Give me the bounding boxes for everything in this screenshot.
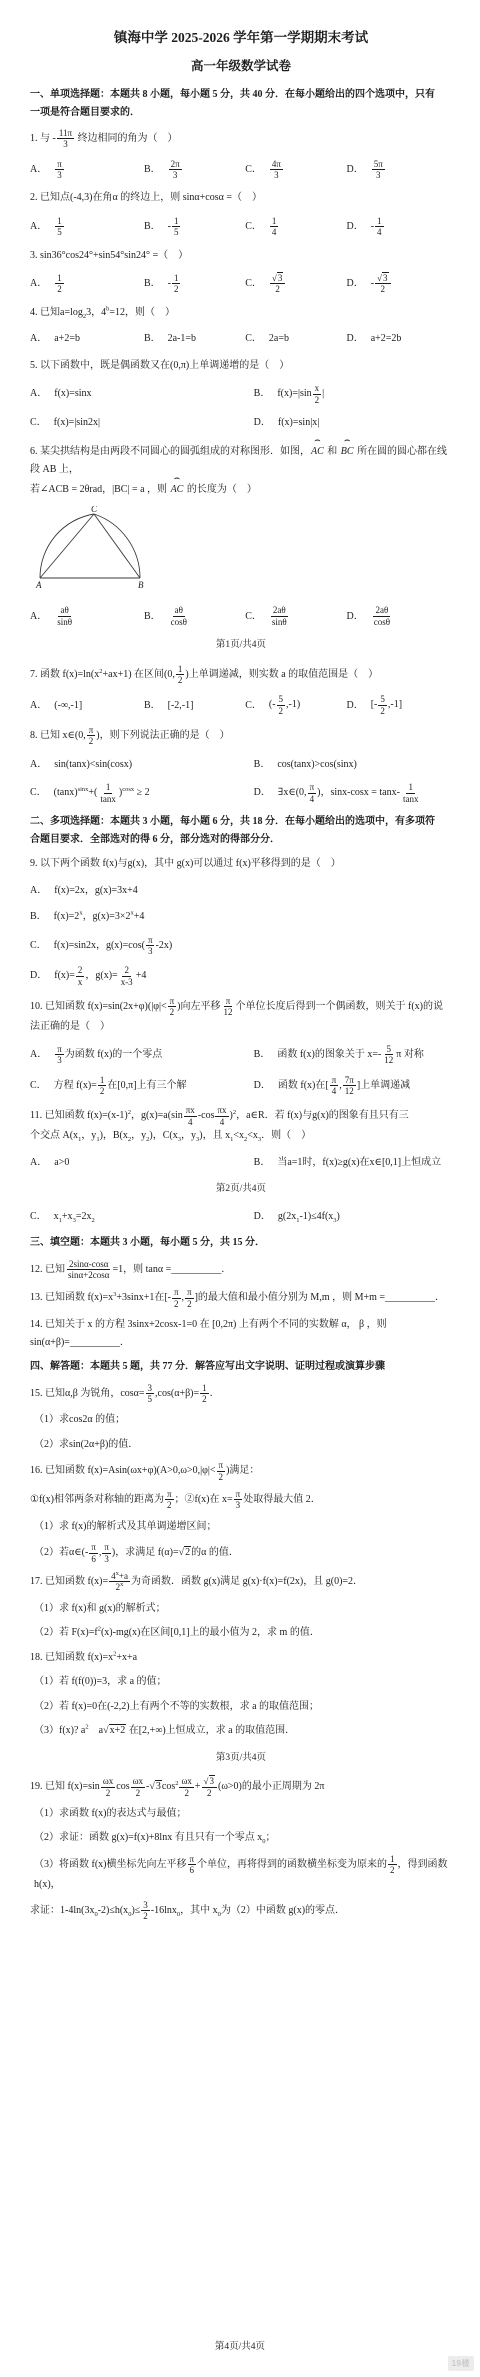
fraction: 12 <box>98 1075 107 1097</box>
question-11-options-cd: C．x1+x3=2x2D．g(2x1-1)≤4f(x3) <box>30 1208 452 1226</box>
question-10-stem-line: 法正确的是（ ） <box>30 1018 452 1036</box>
option-8-D: D．∃x∈(0,π4)，sinx-cosx = tanx-1tanx <box>254 782 452 804</box>
question-19-part-3-cont: 求证：1-4ln(3x0-2)≤h(x0)≤32-16lnx0，其中 x0为（2… <box>30 1900 452 1922</box>
option-10-D: D．函数 f(x)在[π4,7π12]上单调递减 <box>254 1075 452 1097</box>
fraction: 2x-3 <box>119 965 135 987</box>
fraction: aθcosθ <box>169 605 189 627</box>
question-19-stem-line: 19. 已知 f(x)=sinωx2cosωx2-√3cos2ωx2+√32(ω… <box>30 1776 452 1798</box>
option-11-C: C．x1+x3=2x2 <box>30 1208 254 1226</box>
option-9-B: B．f(x)=2x，g(x)=3×2x+4 <box>30 908 452 926</box>
option-5-B: B．f(x)=|sinx2| <box>254 383 452 405</box>
radical: √3 <box>377 272 388 283</box>
option-7-C: C．(-52,-1) <box>245 694 346 716</box>
fraction: x2 <box>313 383 322 405</box>
option-7-D: D．[-52,-1] <box>346 694 452 716</box>
fraction: 12 <box>388 1854 397 1876</box>
question-18-stem-line: 18. 已知函数 f(x)=x2+x+a <box>30 1649 452 1667</box>
question-17-part-1: （1）求 f(x)和 g(x)的解析式； <box>30 1600 452 1618</box>
option-2-D: D．-14 <box>346 216 452 238</box>
question-18-stem: 18. 已知函数 f(x)=x2+x+a <box>30 1649 452 1667</box>
question-6-stem: 6. 某尖拱结构是由两段不同圆心的圆弧组成的对称图形．如图，⌢AC 和 ⌢BC … <box>30 440 452 499</box>
option-5-C: C．f(x)=|sin2x| <box>30 414 254 432</box>
question-18-part-1: （1）若 f(f(0))=3，求 a 的值； <box>30 1673 452 1691</box>
question-19-part-2: （2）求证：函数 g(x)=f(x)+8lnx 有且只有一个零点 x0； <box>30 1829 452 1847</box>
question-6-figure: ABC <box>30 506 452 597</box>
question-6-options: A．aθsinθB．aθcosθC．2aθsinθD．2aθcosθ <box>30 605 452 627</box>
watermark-badge: 19楼 <box>448 2356 474 2371</box>
section-4-header: 四、解答题：本题共 5 题，共 77 分．解答应写出文字说明、证明过程或演算步骤 <box>30 1358 452 1376</box>
question-1-stem: 1. 与 -11π3 终边相同的角为（ ） <box>30 128 452 150</box>
question-17-stem: 17. 已知函数 f(x)=4x+a2x为奇函数．函数 g(x)满足 g(x)·… <box>30 1571 452 1593</box>
option-3-B: B．-12 <box>144 273 245 295</box>
question-2-options: A．15B．-15C．14D．-14 <box>30 216 452 238</box>
question-15-part-1: （1）求cos2α 的值； <box>30 1411 452 1429</box>
question-6-stem-line: 若∠ACB = 2θrad，|BC| = a ，则 ⌢AC 的长度为（ ） <box>30 478 452 499</box>
option-11-B: B．当a=1时，f(x)≥g(x)在x∈[0,1]上恒成立 <box>254 1154 452 1172</box>
fraction: 512 <box>382 1044 395 1066</box>
option-2-B: B．-15 <box>144 216 245 238</box>
fraction: 11π3 <box>57 128 74 150</box>
question-8-stem-line: 8. 已知 x∈(0,π2)，则下列说法正确的是（ ） <box>30 725 452 747</box>
option-4-D: D．a+2=2b <box>346 330 452 348</box>
question-8-options-ab: A．sin(tanx)<sin(cosx)B．cos(tanx)>cos(sin… <box>30 756 452 774</box>
option-2-A: A．15 <box>30 216 144 238</box>
arc-notation: ⌢AC <box>311 440 324 461</box>
fraction: π6 <box>89 1542 98 1564</box>
question-17-stem-line: 17. 已知函数 f(x)=4x+a2x为奇函数．函数 g(x)满足 g(x)·… <box>30 1571 452 1593</box>
fraction: 2π3 <box>169 159 182 181</box>
arc-notation: ⌢BC <box>341 440 354 461</box>
question-5-options-ab: A．f(x)=sinxB．f(x)=|sinx2| <box>30 383 452 405</box>
question-7-stem: 7. 函数 f(x)=ln(x2+ax+1) 在区间(0,12)上单调递减，则实… <box>30 664 452 686</box>
question-15-stem: 15. 已知α,β 为锐角，cosα=35,cos(α+β)=12． <box>30 1383 452 1405</box>
question-3-stem: 3. sin36°cos24°+sin54°sin24° =（ ） <box>30 247 452 265</box>
question-19-part-1: （1）求函数 f(x)的表达式与最值； <box>30 1805 452 1823</box>
fraction: 1tanx <box>401 782 421 804</box>
question-2-stem-line: 2. 已知点(-4,3)在角α 的终边上，则 sinα+cosα =（ ） <box>30 189 452 207</box>
question-8-stem: 8. 已知 x∈(0,π2)，则下列说法正确的是（ ） <box>30 725 452 747</box>
question-2-stem: 2. 已知点(-4,3)在角α 的终边上，则 sinα+cosα =（ ） <box>30 189 452 207</box>
question-16-conditions: ①f(x)相邻两条对称轴的距离为π2；②f(x)在 x=π3处取得最大值 2． <box>30 1489 452 1511</box>
fraction: 7π12 <box>343 1075 356 1097</box>
option-9-A: A．f(x)=2x，g(x)=3x+4 <box>30 882 452 900</box>
figure-label-a: A <box>35 580 42 590</box>
radical: √3 <box>272 272 283 283</box>
fraction: 1tanx <box>98 782 118 804</box>
fraction: 2aθsinθ <box>270 605 289 627</box>
fraction: π3 <box>102 1542 111 1564</box>
section-1-header-line: 一项是符合题目要求的． <box>30 104 452 122</box>
option-7-A: A．(-∞,-1] <box>30 697 144 715</box>
fraction: πx4 <box>184 1105 197 1127</box>
question-9-stem: 9. 以下两个函数 f(x)与g(x)，其中 g(x)可以通过 f(x)平移得到… <box>30 855 452 873</box>
fraction: π2 <box>165 1489 174 1511</box>
figure-label-c: C <box>91 506 98 514</box>
question-14-stem-line: sin(α+β)=__________． <box>30 1334 452 1352</box>
option-1-C: C．4π3 <box>245 159 346 181</box>
question-6-stem-line: 6. 某尖拱结构是由两段不同圆心的圆弧组成的对称图形．如图，⌢AC 和 ⌢BC … <box>30 440 452 478</box>
question-16-part-2: （2）若α∈(-π6,π3)，求满足 f(α)=√2的α 的值． <box>30 1542 452 1564</box>
fraction: 12 <box>172 273 181 295</box>
fraction: π4 <box>308 782 317 804</box>
question-7-stem-line: 7. 函数 f(x)=ln(x2+ax+1) 在区间(0,12)上单调递减，则实… <box>30 664 452 686</box>
option-2-C: C．14 <box>245 216 346 238</box>
page-footer-3: 第3页/共4页 <box>30 1750 452 1767</box>
option-11-D: D．g(2x1-1)≤4f(x3) <box>254 1208 452 1226</box>
question-7-options: A．(-∞,-1]B．[-2,-1]C．(-52,-1)D．[-52,-1] <box>30 694 452 716</box>
section-2-header-line: 二、多项选择题：本题共 3 小题，每小题 6 分，共 18 分．在每小题给出的选… <box>30 813 452 831</box>
fraction: 14 <box>270 216 279 238</box>
fraction: 15 <box>172 216 181 238</box>
exam-subtitle: 高一年级数学试卷 <box>30 56 452 74</box>
fraction: 14 <box>375 216 384 238</box>
fraction: 52 <box>378 694 387 716</box>
fraction: ωx2 <box>101 1776 115 1798</box>
question-14-stem-line: 14. 已知关于 x 的方程 3sinx+2cosx-1=0 在 [0,2π) … <box>30 1316 452 1334</box>
section-3-header: 三、填空题：本题共 3 小题，每小题 5 分，共 15 分． <box>30 1234 452 1252</box>
question-10-stem-line: 10. 已知函数 f(x)=sin(2x+φ)(|φ|<π2)向左平移π12个单… <box>30 996 452 1018</box>
question-19-stem: 19. 已知 f(x)=sinωx2cosωx2-√3cos2ωx2+√32(ω… <box>30 1776 452 1798</box>
option-10-B: B．函数 f(x)的图象关于 x=-512π 对称 <box>254 1044 452 1066</box>
fraction: 52 <box>277 694 286 716</box>
option-8-B: B．cos(tanx)>cos(sinx) <box>254 756 452 774</box>
question-13-stem: 13. 已知函数 f(x)=x3+3sinx+1在[-π2,π2]的最大值和最小… <box>30 1287 452 1309</box>
option-10-C: C．方程 f(x)=12在[0,π]上有三个解 <box>30 1075 254 1097</box>
question-9-stem-line: 9. 以下两个函数 f(x)与g(x)，其中 g(x)可以通过 f(x)平移得到… <box>30 855 452 873</box>
option-9-D: D．f(x)=2x，g(x)=2x-3+4 <box>30 965 452 987</box>
section-1-header-line: 一、单项选择题：本题共 8 小题，每小题 5 分，共 40 分．在每小题给出的四… <box>30 86 452 104</box>
question-15-part-2: （2）求sin(2α+β)的值． <box>30 1436 452 1454</box>
fraction: 15 <box>55 216 64 238</box>
question-9-options: A．f(x)=2x，g(x)=3x+4B．f(x)=2x，g(x)=3×2x+4… <box>30 882 452 987</box>
option-6-D: D．2aθcosθ <box>346 605 452 627</box>
fraction: 2aθcosθ <box>372 605 392 627</box>
fraction: 12 <box>200 1383 209 1405</box>
fraction: π2 <box>172 1287 181 1309</box>
question-5-stem-line: 5. 以下函数中，既是偶函数又在(0,π)上单调递增的是（ ） <box>30 357 452 375</box>
radical: √x+2 <box>103 1724 126 1736</box>
fraction: 2sinα-cosαsinα+2cosα <box>66 1259 112 1281</box>
fraction: π3 <box>55 159 64 181</box>
exam-title: 镇海中学 2025-2026 学年第一学期期末考试 <box>30 26 452 46</box>
section-4-header-line: 四、解答题：本题共 5 题，共 77 分．解答应写出文字说明、证明过程或演算步骤 <box>30 1358 452 1376</box>
fraction: √32 <box>375 273 390 295</box>
question-10-stem: 10. 已知函数 f(x)=sin(2x+φ)(|φ|<π2)向左平移π12个单… <box>30 996 452 1035</box>
arc-notation: ⌢AC <box>171 478 184 499</box>
option-10-A: A．π3为函数 f(x)的一个零点 <box>30 1044 254 1066</box>
figure-label-b: B <box>138 580 144 590</box>
question-4-stem-line: 4. 已知a=log23，4b=12，则（ ） <box>30 304 452 322</box>
option-11-A: A．a>0 <box>30 1154 254 1172</box>
fraction: πx4 <box>215 1105 228 1127</box>
option-4-C: C．2a=b <box>245 330 346 348</box>
question-19-part-3: （3）将函数 f(x)横坐标先向左平移π6个单位，再将得到的函数横坐标变为原来的… <box>30 1854 452 1893</box>
fraction: √32 <box>202 1776 217 1798</box>
option-1-A: A．π3 <box>30 159 144 181</box>
fraction: π6 <box>188 1854 197 1876</box>
page-footer-4: 第4页/共4页 <box>0 2338 480 2352</box>
question-3-options: A．12B．-12C．√32D．-√32 <box>30 273 452 295</box>
option-6-A: A．aθsinθ <box>30 605 144 627</box>
option-8-C: C．(tanx)sinx+(1tanx)cosx ≥ 2 <box>30 782 254 804</box>
fraction: ωx2 <box>131 1776 145 1798</box>
option-7-B: B．[-2,-1] <box>144 697 245 715</box>
fraction: π12 <box>222 996 235 1018</box>
option-6-C: C．2aθsinθ <box>245 605 346 627</box>
question-5-options-cd: C．f(x)=|sin2x|D．f(x)=sin|x| <box>30 414 452 432</box>
option-9-C: C．f(x)=sin2x，g(x)=cos(π3-2x) <box>30 935 452 957</box>
fraction: π2 <box>168 996 177 1018</box>
fraction: π3 <box>55 1044 64 1066</box>
option-3-D: D．-√32 <box>346 273 452 295</box>
question-14-stem: 14. 已知关于 x 的方程 3sinx+2cosx-1=0 在 [0,2π) … <box>30 1316 452 1351</box>
fraction: π2 <box>217 1460 226 1482</box>
section-1-header: 一、单项选择题：本题共 8 小题，每小题 5 分，共 40 分．在每小题给出的四… <box>30 86 452 121</box>
question-16-part-1: （1）求 f(x)的解析式及其单调递增区间； <box>30 1518 452 1536</box>
question-1-options: A．π3B．2π3C．4π3D．5π3 <box>30 159 452 181</box>
option-6-B: B．aθcosθ <box>144 605 245 627</box>
question-10-options-ab: A．π3为函数 f(x)的一个零点B．函数 f(x)的图象关于 x=-512π … <box>30 1044 452 1066</box>
question-4-stem: 4. 已知a=log23，4b=12，则（ ） <box>30 304 452 322</box>
page-footer-2: 第2页/共4页 <box>30 1181 452 1198</box>
question-16-stem: 16. 已知函数 f(x)=Asin(ωx+φ)(A>0,ω>0,|φ|<π2)… <box>30 1460 452 1482</box>
question-12-stem-line: 12. 已知2sinα-cosαsinα+2cosα=1，则 tanα =___… <box>30 1259 452 1281</box>
exam-page: 镇海中学 2025-2026 学年第一学期期末考试 高一年级数学试卷 一、单项选… <box>0 0 480 2377</box>
question-8-options-cd: C．(tanx)sinx+(1tanx)cosx ≥ 2D．∃x∈(0,π4)，… <box>30 782 452 804</box>
radical: √2 <box>179 1546 192 1558</box>
option-3-C: C．√32 <box>245 273 346 295</box>
question-3-stem-line: 3. sin36°cos24°+sin54°sin24° =（ ） <box>30 247 452 265</box>
page-footer-1: 第1页/共4页 <box>30 637 452 654</box>
option-4-B: B．2a-1=b <box>144 330 245 348</box>
fraction: 32 <box>141 1900 150 1922</box>
question-11-stem-line: 11. 已知函数 f(x)=(x-1)2，g(x)=a(sinπx4-cosπx… <box>30 1105 452 1127</box>
option-1-D: D．5π3 <box>346 159 452 181</box>
question-4-options: A．a+2=bB．2a-1=bC．2a=bD．a+2=2b <box>30 330 452 348</box>
exam-body: 一、单项选择题：本题共 8 小题，每小题 5 分，共 40 分．在每小题给出的四… <box>30 86 452 1922</box>
radical: √3 <box>149 1780 162 1792</box>
fraction: 35 <box>146 1383 155 1405</box>
option-1-B: B．2π3 <box>144 159 245 181</box>
radical: √3 <box>204 1775 215 1786</box>
question-1-stem-line: 1. 与 -11π3 终边相同的角为（ ） <box>30 128 452 150</box>
question-12-stem: 12. 已知2sinα-cosαsinα+2cosα=1，则 tanα =___… <box>30 1259 452 1281</box>
fraction: 5π3 <box>372 159 385 181</box>
option-4-A: A．a+2=b <box>30 330 144 348</box>
fraction: 2x <box>76 965 85 987</box>
fraction: 12 <box>55 273 64 295</box>
question-13-stem-line: 13. 已知函数 f(x)=x3+3sinx+1在[-π2,π2]的最大值和最小… <box>30 1287 452 1309</box>
arch-diagram: ABC <box>30 506 150 590</box>
question-16-stem-line: 16. 已知函数 f(x)=Asin(ωx+φ)(A>0,ω>0,|φ|<π2)… <box>30 1460 452 1482</box>
option-3-A: A．12 <box>30 273 144 295</box>
fraction: π2 <box>87 725 96 747</box>
fraction: √32 <box>270 273 285 295</box>
fraction: aθsinθ <box>55 605 74 627</box>
question-11-stem: 11. 已知函数 f(x)=(x-1)2，g(x)=a(sinπx4-cosπx… <box>30 1105 452 1144</box>
fraction: 12 <box>176 664 185 686</box>
option-5-D: D．f(x)=sin|x| <box>254 414 452 432</box>
question-15-stem-line: 15. 已知α,β 为锐角，cosα=35,cos(α+β)=12． <box>30 1383 452 1405</box>
section-3-header-line: 三、填空题：本题共 3 小题，每小题 5 分，共 15 分． <box>30 1234 452 1252</box>
question-11-options-ab: A．a>0B．当a=1时，f(x)≥g(x)在x∈[0,1]上恒成立 <box>30 1154 452 1172</box>
fraction: π3 <box>146 935 155 957</box>
fraction: 4π3 <box>270 159 283 181</box>
fraction: 4x+a2x <box>109 1571 130 1593</box>
question-18-part-2: （2）若 f(x)=0在(-2,2)上有两个不等的实数根，求 a 的取值范围； <box>30 1698 452 1716</box>
fraction: π4 <box>330 1075 339 1097</box>
section-2-header: 二、多项选择题：本题共 3 小题，每小题 6 分，共 18 分．在每小题给出的选… <box>30 813 452 848</box>
fraction: ωx2 <box>179 1776 193 1798</box>
option-5-A: A．f(x)=sinx <box>30 385 254 403</box>
question-17-part-2: （2）若 F(x)=f2(x)-mg(x)在区间[0,1]上的最小值为 2，求 … <box>30 1624 452 1642</box>
option-8-A: A．sin(tanx)<sin(cosx) <box>30 756 254 774</box>
fraction: π3 <box>234 1489 243 1511</box>
question-18-part-3: （3）f(x)? a2 a√x+2 在[2,+∞)上恒成立，求 a 的取值范围． <box>30 1722 452 1740</box>
question-10-options-cd: C．方程 f(x)=12在[0,π]上有三个解D．函数 f(x)在[π4,7π1… <box>30 1075 452 1097</box>
section-2-header-line: 合题目要求．全部选对的得 6 分，部分选对的得部分分． <box>30 831 452 849</box>
question-5-stem: 5. 以下函数中，既是偶函数又在(0,π)上单调递增的是（ ） <box>30 357 452 375</box>
fraction: π2 <box>185 1287 194 1309</box>
question-11-stem-line: 个交点 A(x1，y1)，B(x2，y2)，C(x3，y3)，且 x1<x2<x… <box>30 1127 452 1145</box>
